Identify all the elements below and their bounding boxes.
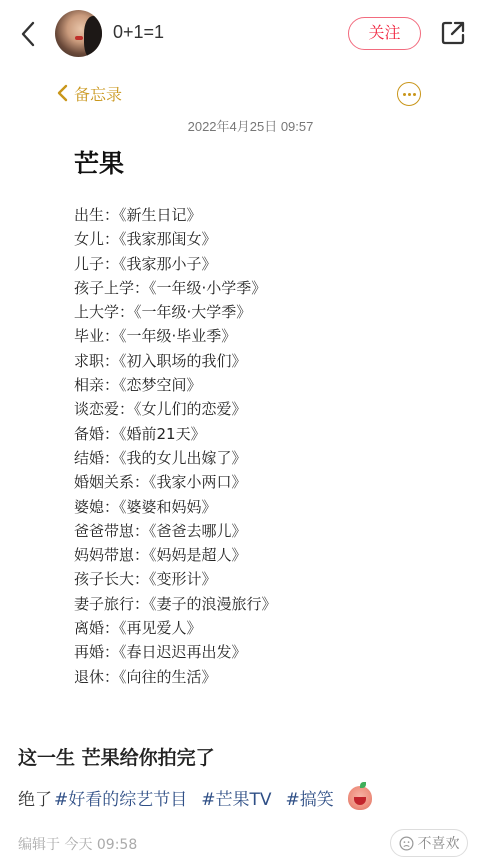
memo-back-button[interactable]: 备忘录 — [56, 82, 122, 104]
post-body: 绝了 #好看的综艺节目 #芒果TV #搞笑 — [18, 785, 372, 810]
hashtag-link[interactable]: #芒果TV — [201, 785, 271, 810]
memo-item: 妻子旅行：《妻子的浪漫旅行》 — [74, 592, 277, 616]
more-options-button[interactable] — [397, 82, 421, 106]
memo-item: 儿子：《我家那小子》 — [74, 252, 277, 276]
memo-item: 妈妈带崽：《妈妈是超人》 — [74, 543, 277, 567]
memo-back-label: 备忘录 — [74, 82, 122, 105]
memo-item: 谈恋爱：《女儿们的恋爱》 — [74, 397, 277, 421]
share-icon — [440, 20, 466, 46]
hashtag-link[interactable]: #搞笑 — [286, 785, 334, 810]
dot-icon — [403, 93, 406, 96]
memo-item: 退休：《向往的生活》 — [74, 665, 277, 689]
memo-item: 爸爸带崽：《爸爸去哪儿》 — [74, 519, 277, 543]
memo-item: 离婚：《再见爱人》 — [74, 616, 277, 640]
share-button[interactable] — [440, 20, 466, 46]
memo-item: 婆媳：《婆婆和妈妈》 — [74, 495, 277, 519]
memo-item: 出生：《新生日记》 — [74, 203, 277, 227]
post-text: 绝了 — [18, 785, 52, 810]
memo-item: 孩子上学：《一年级·小学季》 — [74, 276, 277, 300]
memo-item: 孩子长大：《变形计》 — [74, 567, 277, 591]
memo-item: 婚姻关系：《我家小两口》 — [74, 470, 277, 494]
memo-item: 再婚：《春日迟迟再出发》 — [74, 640, 277, 664]
avatar-lip — [75, 36, 83, 40]
follow-button[interactable]: 关注 — [348, 17, 421, 50]
back-button[interactable] — [18, 20, 40, 48]
laughing-peach-emoji-icon — [348, 786, 372, 810]
post-title: 这一生 芒果给你拍完了 — [18, 743, 215, 770]
memo-date: 2022年4月25日 09:57 — [0, 116, 487, 135]
username[interactable]: 0+1=1 — [113, 22, 164, 43]
top-bar: 0+1=1 关注 — [0, 0, 487, 68]
edit-time: 编辑于 今天 09:58 — [18, 834, 137, 854]
avatar-hair — [84, 16, 102, 57]
memo-item: 结婚：《我的女儿出嫁了》 — [74, 446, 277, 470]
memo-item: 备婚：《婚前21天》 — [74, 422, 277, 446]
mouth-icon — [354, 797, 366, 805]
memo-item: 求职：《初入职场的我们》 — [74, 349, 277, 373]
chevron-left-icon — [56, 84, 68, 102]
memo-item: 毕业：《一年级·毕业季》 — [74, 324, 277, 348]
memo-list: 出生：《新生日记》 女儿：《我家那闺女》 儿子：《我家那小子》 孩子上学：《一年… — [74, 203, 277, 689]
memo-title: 芒果 — [74, 144, 124, 180]
dot-icon — [413, 93, 416, 96]
chevron-left-icon — [18, 20, 40, 48]
hashtag-link[interactable]: #好看的综艺节目 — [54, 785, 187, 810]
sad-face-icon — [399, 836, 414, 851]
avatar[interactable] — [55, 10, 102, 57]
memo-item: 女儿：《我家那闺女》 — [74, 227, 277, 251]
memo-item: 上大学：《一年级·大学季》 — [74, 300, 277, 324]
dislike-label: 不喜欢 — [418, 833, 460, 853]
leaf-icon — [360, 782, 366, 788]
dot-icon — [408, 93, 411, 96]
memo-item: 相亲：《恋梦空间》 — [74, 373, 277, 397]
dislike-button[interactable]: 不喜欢 — [390, 829, 468, 857]
